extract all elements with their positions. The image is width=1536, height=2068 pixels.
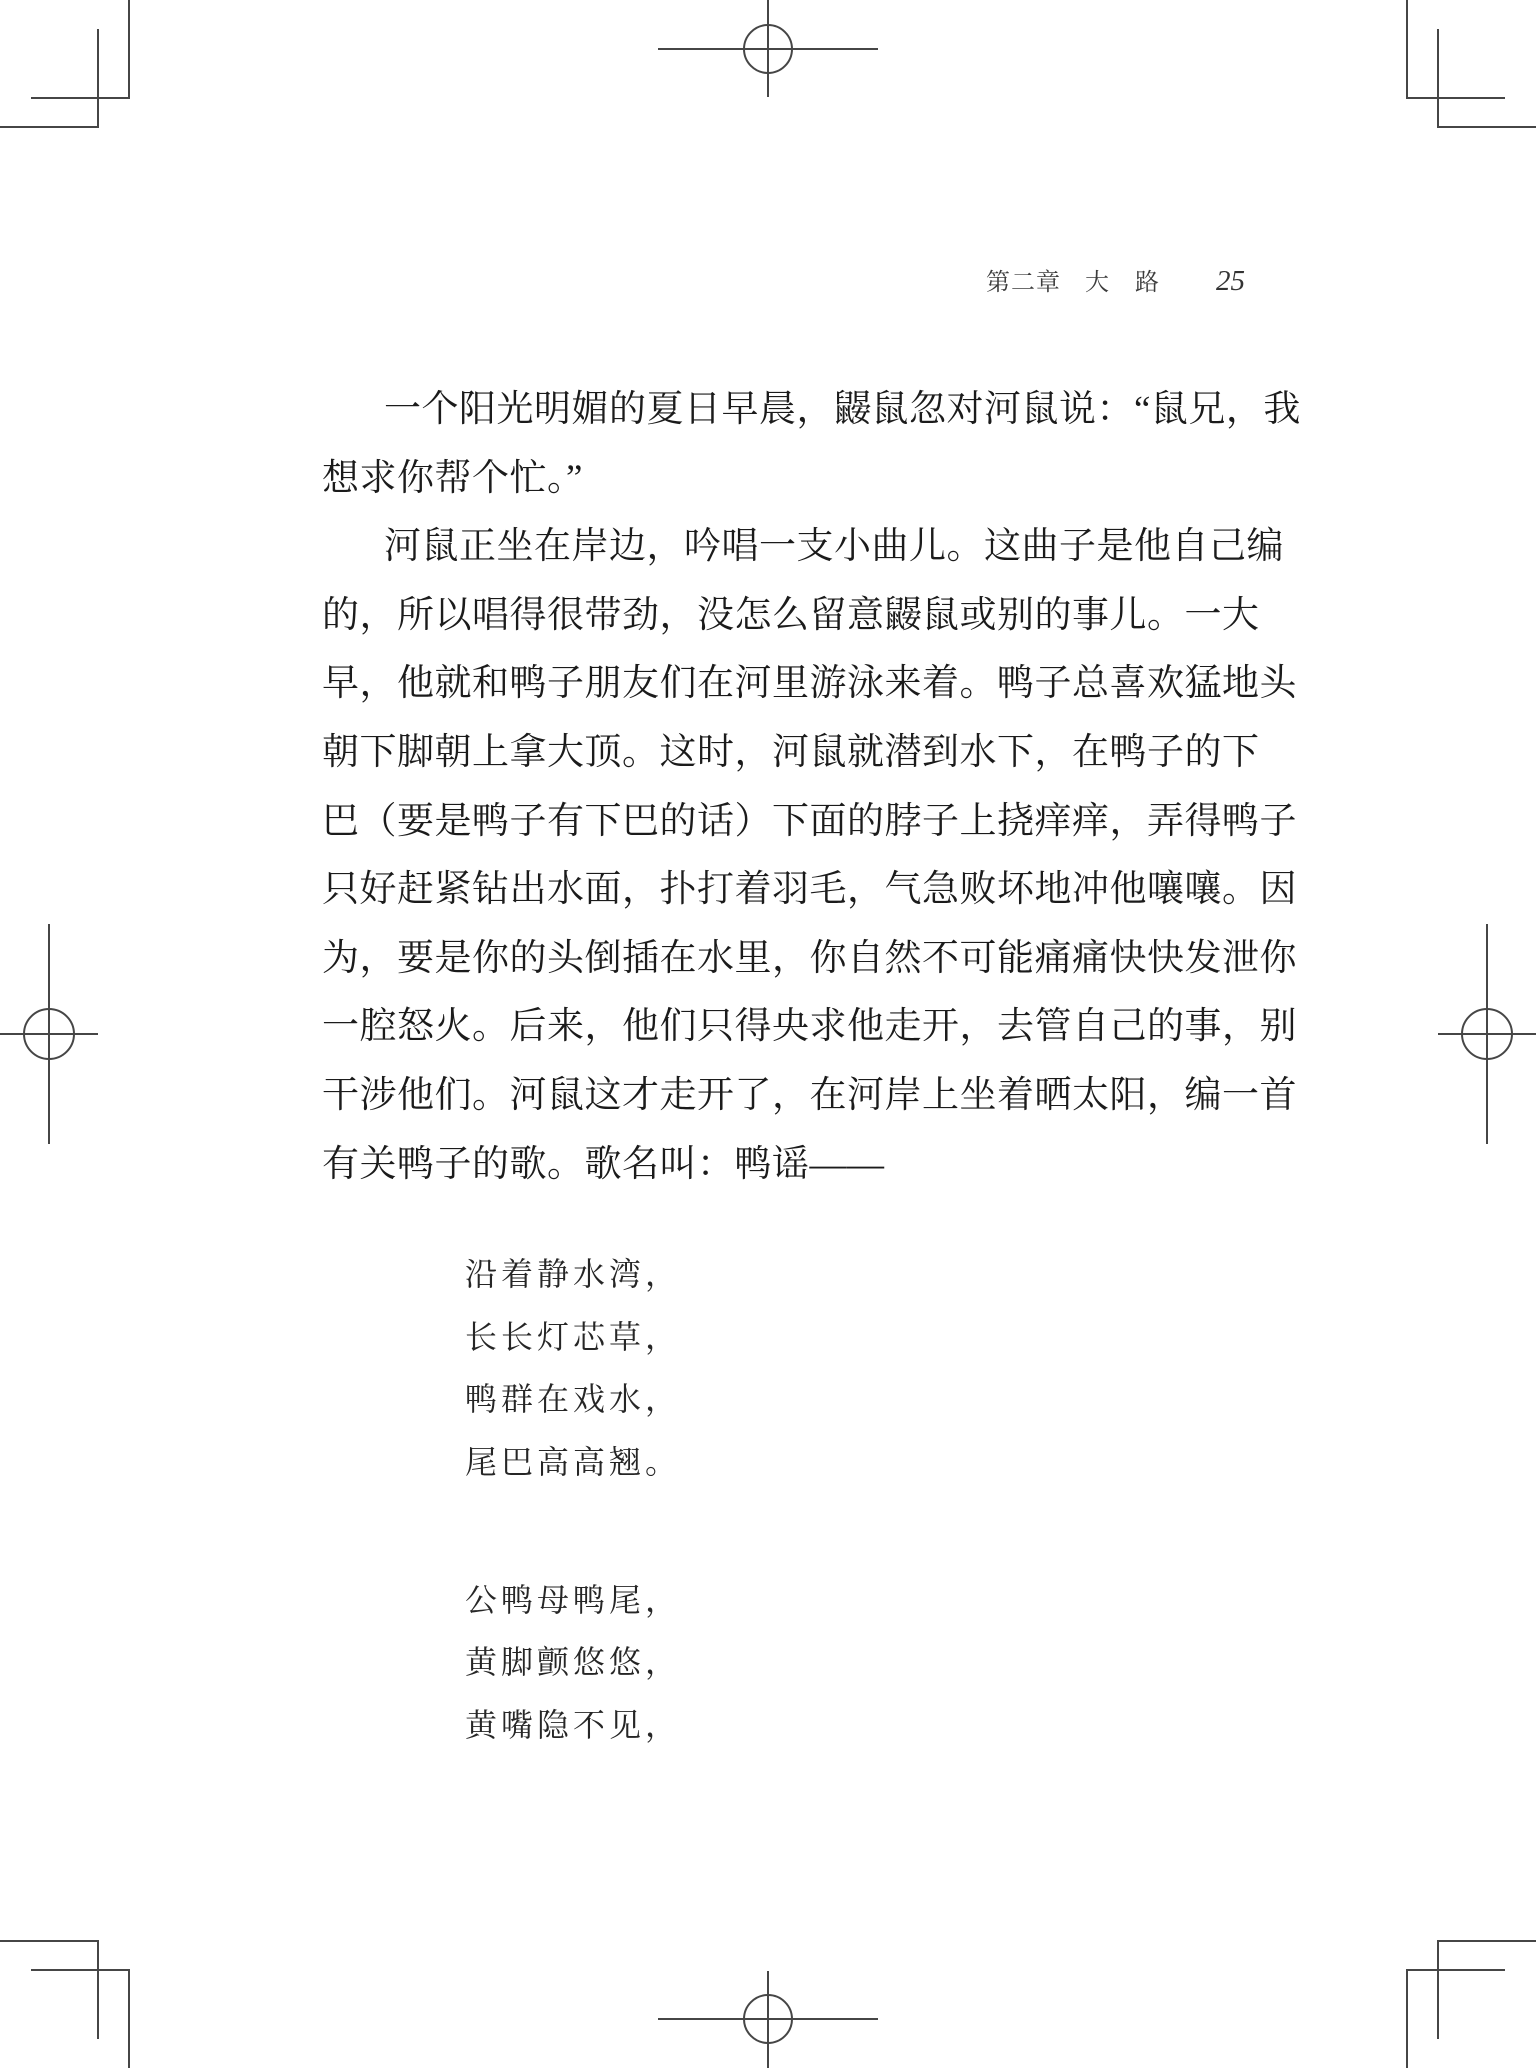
poem-stanza-2: 公鸭母鸭尾， 黄脚颤悠悠， 黄嘴隐不见， bbox=[465, 1569, 681, 1757]
text-line: 干涉他们。河鼠这才走开了，在河岸上坐着晒太阳，编一首 bbox=[322, 1062, 1252, 1131]
duck-song-poem: 沿着静水湾， 长长灯芯草， 鸭群在戏水， 尾巴高高翘。 公鸭母鸭尾， 黄脚颤悠悠… bbox=[465, 1243, 681, 1757]
registration-mark-bottom-center bbox=[658, 1971, 878, 2068]
text-line: 早，他就和鸭子朋友们在河里游泳来着。鸭子总喜欢猛地头 bbox=[322, 650, 1252, 719]
poem-line: 黄脚颤悠悠， bbox=[465, 1631, 681, 1694]
poem-stanza-1: 沿着静水湾， 长长灯芯草， 鸭群在戏水， 尾巴高高翘。 bbox=[465, 1243, 681, 1494]
text-line: 有关鸭子的歌。歌名叫：鸭谣—— bbox=[322, 1131, 1252, 1200]
text-line: 一腔怒火。后来，他们只得央求他走开，去管自己的事，别 bbox=[322, 993, 1252, 1062]
text-line: 一个阳光明媚的夏日早晨，鼹鼠忽对河鼠说：“鼠兄，我 bbox=[322, 376, 1252, 445]
chapter-title: 大 路 bbox=[1085, 262, 1160, 297]
text-line: 的，所以唱得很带劲，没怎么留意鼹鼠或别的事儿。一大 bbox=[322, 582, 1252, 651]
registration-mark-left-middle bbox=[0, 924, 98, 1144]
paragraph-2: 河鼠正坐在岸边，吟唱一支小曲儿。这曲子是他自己编 的，所以唱得很带劲，没怎么留意… bbox=[322, 513, 1252, 1199]
text-line: 想求你帮个忙。” bbox=[322, 445, 1252, 514]
text-line: 朝下脚朝上拿大顶。这时，河鼠就潜到水下，在鸭子的下 bbox=[322, 719, 1252, 788]
paragraph-1: 一个阳光明媚的夏日早晨，鼹鼠忽对河鼠说：“鼠兄，我 想求你帮个忙。” bbox=[322, 376, 1252, 513]
registration-mark-right-middle bbox=[1438, 924, 1536, 1144]
text-line: 巴（要是鸭子有下巴的话）下面的脖子上挠痒痒，弄得鸭子 bbox=[322, 788, 1252, 857]
poem-line: 沿着静水湾， bbox=[465, 1243, 681, 1306]
poem-line: 尾巴高高翘。 bbox=[465, 1431, 681, 1494]
crop-mark-top-left bbox=[0, 0, 129, 127]
body-text: 一个阳光明媚的夏日早晨，鼹鼠忽对河鼠说：“鼠兄，我 想求你帮个忙。” 河鼠正坐在… bbox=[322, 376, 1252, 1199]
crop-mark-bottom-right bbox=[1407, 1941, 1536, 2068]
text-line: 只好赶紧钻出水面，扑打着羽毛，气急败坏地冲他嚷嚷。因 bbox=[322, 856, 1252, 925]
page-number: 25 bbox=[1216, 265, 1245, 298]
poem-line: 长长灯芯草， bbox=[465, 1306, 681, 1369]
poem-line: 鸭群在戏水， bbox=[465, 1368, 681, 1431]
poem-line: 公鸭母鸭尾， bbox=[465, 1569, 681, 1632]
text-line: 河鼠正坐在岸边，吟唱一支小曲儿。这曲子是他自己编 bbox=[322, 513, 1252, 582]
poem-line: 黄嘴隐不见， bbox=[465, 1694, 681, 1757]
crop-mark-top-right bbox=[1407, 0, 1536, 127]
book-page: 第二章 大 路 25 一个阳光明媚的夏日早晨，鼹鼠忽对河鼠说：“鼠兄，我 想求你… bbox=[0, 0, 1536, 2068]
text-line: 为，要是你的头倒插在水里，你自然不可能痛痛快快发泄你 bbox=[322, 925, 1252, 994]
registration-mark-top-center bbox=[658, 0, 878, 97]
chapter-label: 第二章 bbox=[986, 262, 1061, 297]
running-header: 第二章 大 路 25 bbox=[986, 262, 1245, 298]
crop-mark-bottom-left bbox=[0, 1941, 129, 2068]
